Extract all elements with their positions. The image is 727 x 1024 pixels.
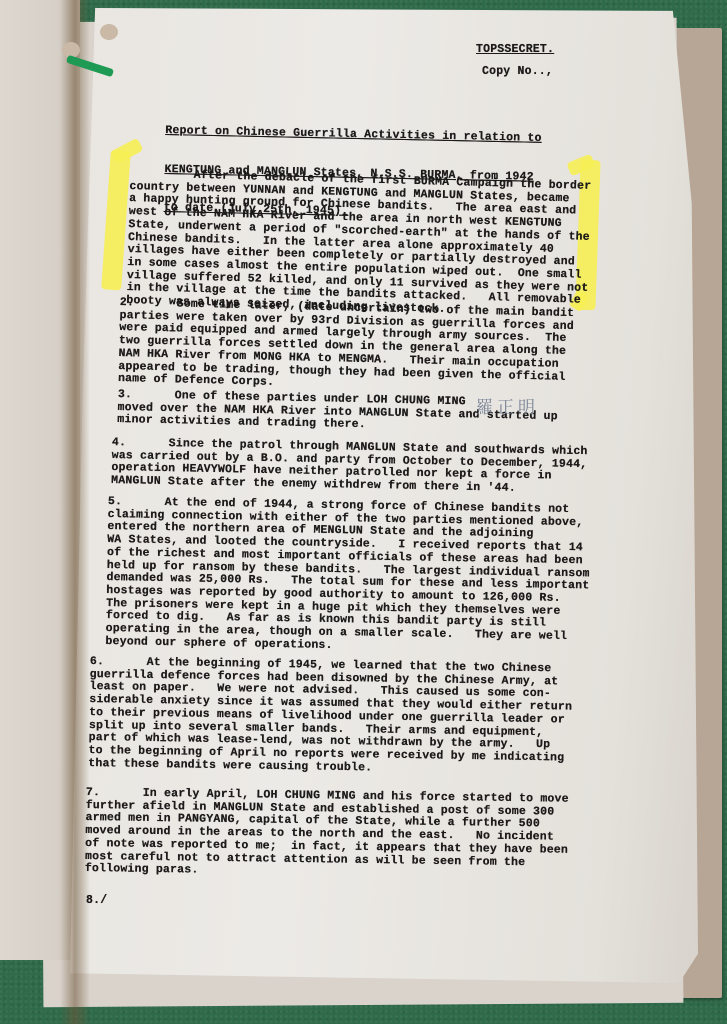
paragraph-4: 4. Since the patrol through MANGLUN Stat… bbox=[111, 437, 588, 497]
paragraph-7: 7. In early April, LOH CHUNG MING and hi… bbox=[85, 787, 569, 883]
copy-number: Copy No.., bbox=[482, 66, 553, 79]
handwritten-chinese-annotation: 羅正明 bbox=[476, 393, 539, 418]
paragraph-6: 6. At the beginning of 1945, we learned … bbox=[88, 656, 573, 778]
classification-mark: TOPSSECRET. bbox=[476, 44, 554, 57]
paragraph-5: 5. At the end of 1944, a strong force of… bbox=[105, 496, 590, 657]
page-continuation-marker: 8./ bbox=[86, 895, 107, 908]
paragraph-2: 2. Some time later, (date uncertain) two… bbox=[118, 297, 575, 397]
title-line: Report on Chinese Guerrilla Activities i… bbox=[165, 125, 542, 146]
punch-hole bbox=[100, 24, 118, 40]
